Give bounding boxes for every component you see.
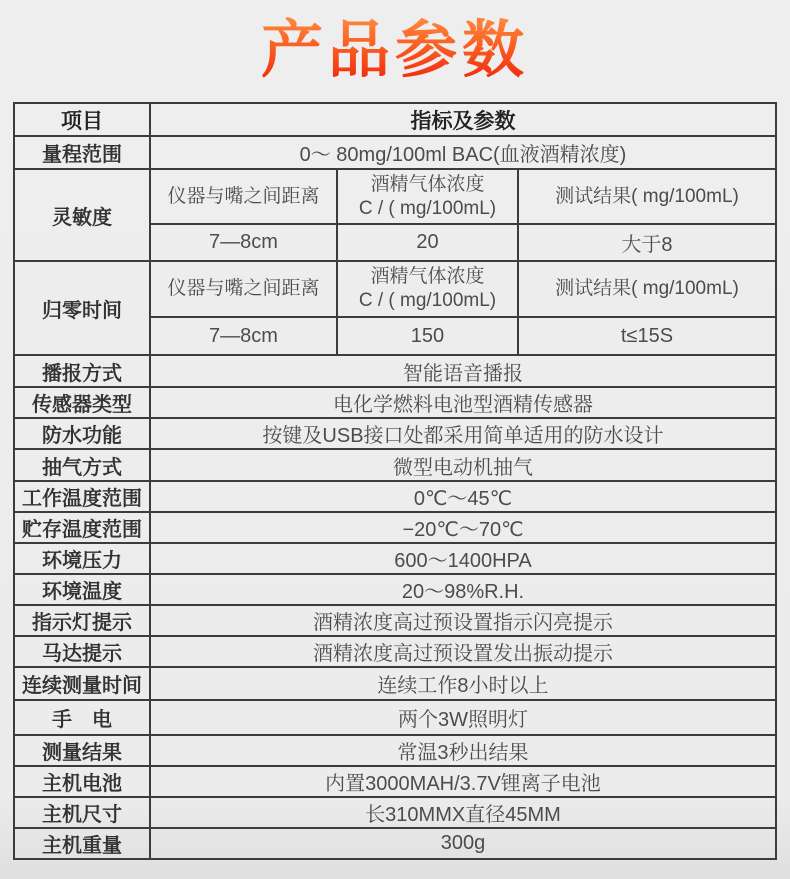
- spec-value: 两个3W照明灯: [150, 700, 776, 735]
- spec-value: −20℃～70℃: [150, 512, 776, 543]
- spec-label: 环境温度: [14, 574, 150, 605]
- subheader-concentration-line2: C / ( mg/100mL): [359, 198, 496, 219]
- spec-label: 归零时间: [14, 261, 150, 355]
- spec-label: 指示灯提示: [14, 605, 150, 636]
- spec-label: 播报方式: [14, 355, 150, 387]
- table-row: 防水功能 按键及USB接口处都采用简单适用的防水设计: [14, 418, 776, 449]
- spec-label: 贮存温度范围: [14, 512, 150, 543]
- subheader-concentration-line1: 酒精气体浓度: [370, 266, 484, 287]
- spec-label: 测量结果: [14, 735, 150, 766]
- spec-value: 20～98%R.H.: [150, 574, 776, 605]
- spec-label: 环境压力: [14, 543, 150, 574]
- table-row: 环境压力 600～1400HPA: [14, 543, 776, 574]
- spec-label: 防水功能: [14, 418, 150, 449]
- table-row: 环境温度 20～98%R.H.: [14, 574, 776, 605]
- table-row: 工作温度范围 0℃～45℃: [14, 481, 776, 512]
- subheader-result: 测试结果( mg/100mL): [518, 169, 776, 224]
- spec-value: 0～ 80mg/100ml BAC(血液酒精浓度): [150, 136, 776, 169]
- table-row: 主机重量 300g: [14, 828, 776, 859]
- spec-label: 主机重量: [14, 828, 150, 859]
- spec-label: 主机电池: [14, 766, 150, 797]
- spec-label: 量程范围: [14, 136, 150, 169]
- spec-label: 传感器类型: [14, 387, 150, 418]
- table-row: 手 电 两个3W照明灯: [14, 700, 776, 735]
- spec-label: 连续测量时间: [14, 667, 150, 700]
- table-row: 传感器类型 电化学燃料电池型酒精传感器: [14, 387, 776, 418]
- spec-value: 电化学燃料电池型酒精传感器: [150, 387, 776, 418]
- spec-value: 600～1400HPA: [150, 543, 776, 574]
- sensitivity-distance: 7—8cm: [150, 224, 337, 261]
- spec-label: 抽气方式: [14, 449, 150, 481]
- spec-value: 0℃～45℃: [150, 481, 776, 512]
- table-row: 测量结果 常温3秒出结果: [14, 735, 776, 766]
- spec-value: 300g: [150, 828, 776, 859]
- table-row: 马达提示 酒精浓度高过预设置发出振动提示: [14, 636, 776, 667]
- zeroing-distance: 7—8cm: [150, 317, 337, 355]
- spec-value: 智能语音播报: [150, 355, 776, 387]
- table-row: 主机尺寸 长310MMX直径45MM: [14, 797, 776, 828]
- product-spec-table: 项目 指标及参数 量程范围 0～ 80mg/100ml BAC(血液酒精浓度) …: [13, 102, 777, 860]
- subheader-concentration-line2: C / ( mg/100mL): [359, 290, 496, 311]
- subheader-result: 测试结果( mg/100mL): [518, 261, 776, 317]
- spec-label: 主机尺寸: [14, 797, 150, 828]
- spec-value: 连续工作8小时以上: [150, 667, 776, 700]
- spec-value: 按键及USB接口处都采用简单适用的防水设计: [150, 418, 776, 449]
- spec-label: 工作温度范围: [14, 481, 150, 512]
- table-row: 抽气方式 微型电动机抽气: [14, 449, 776, 481]
- page-title: 产品参数: [0, 0, 790, 92]
- subheader-distance: 仪器与嘴之间距离: [150, 261, 337, 317]
- zeroing-concentration: 150: [337, 317, 518, 355]
- sensitivity-result: 大于8: [518, 224, 776, 261]
- spec-value: 长310MMX直径45MM: [150, 797, 776, 828]
- table-row: 连续测量时间 连续工作8小时以上: [14, 667, 776, 700]
- subheader-concentration-line1: 酒精气体浓度: [370, 174, 484, 195]
- spec-value: 微型电动机抽气: [150, 449, 776, 481]
- spec-label: 手 电: [14, 700, 150, 735]
- zeroing-result: t≤15S: [518, 317, 776, 355]
- spec-value: 内置3000MAH/3.7V锂离子电池: [150, 766, 776, 797]
- sensitivity-subheader-row: 灵敏度 仪器与嘴之间距离 酒精气体浓度 C / ( mg/100mL) 测试结果…: [14, 169, 776, 224]
- zeroing-subheader-row: 归零时间 仪器与嘴之间距离 酒精气体浓度 C / ( mg/100mL) 测试结…: [14, 261, 776, 317]
- spec-label: 马达提示: [14, 636, 150, 667]
- spec-value: 酒精浓度高过预设置指示闪亮提示: [150, 605, 776, 636]
- spec-value: 常温3秒出结果: [150, 735, 776, 766]
- table-row: 指示灯提示 酒精浓度高过预设置指示闪亮提示: [14, 605, 776, 636]
- spec-value: 酒精浓度高过预设置发出振动提示: [150, 636, 776, 667]
- subheader-concentration: 酒精气体浓度 C / ( mg/100mL): [337, 261, 518, 317]
- header-item: 项目: [14, 103, 150, 136]
- header-spec: 指标及参数: [150, 103, 776, 136]
- table-row: 贮存温度范围 −20℃～70℃: [14, 512, 776, 543]
- table-header-row: 项目 指标及参数: [14, 103, 776, 136]
- subheader-distance: 仪器与嘴之间距离: [150, 169, 337, 224]
- subheader-concentration: 酒精气体浓度 C / ( mg/100mL): [337, 169, 518, 224]
- spec-label: 灵敏度: [14, 169, 150, 261]
- table-row: 量程范围 0～ 80mg/100ml BAC(血液酒精浓度): [14, 136, 776, 169]
- page-title-text: 产品参数: [261, 12, 529, 90]
- sensitivity-concentration: 20: [337, 224, 518, 261]
- table-row: 播报方式 智能语音播报: [14, 355, 776, 387]
- table-row: 主机电池 内置3000MAH/3.7V锂离子电池: [14, 766, 776, 797]
